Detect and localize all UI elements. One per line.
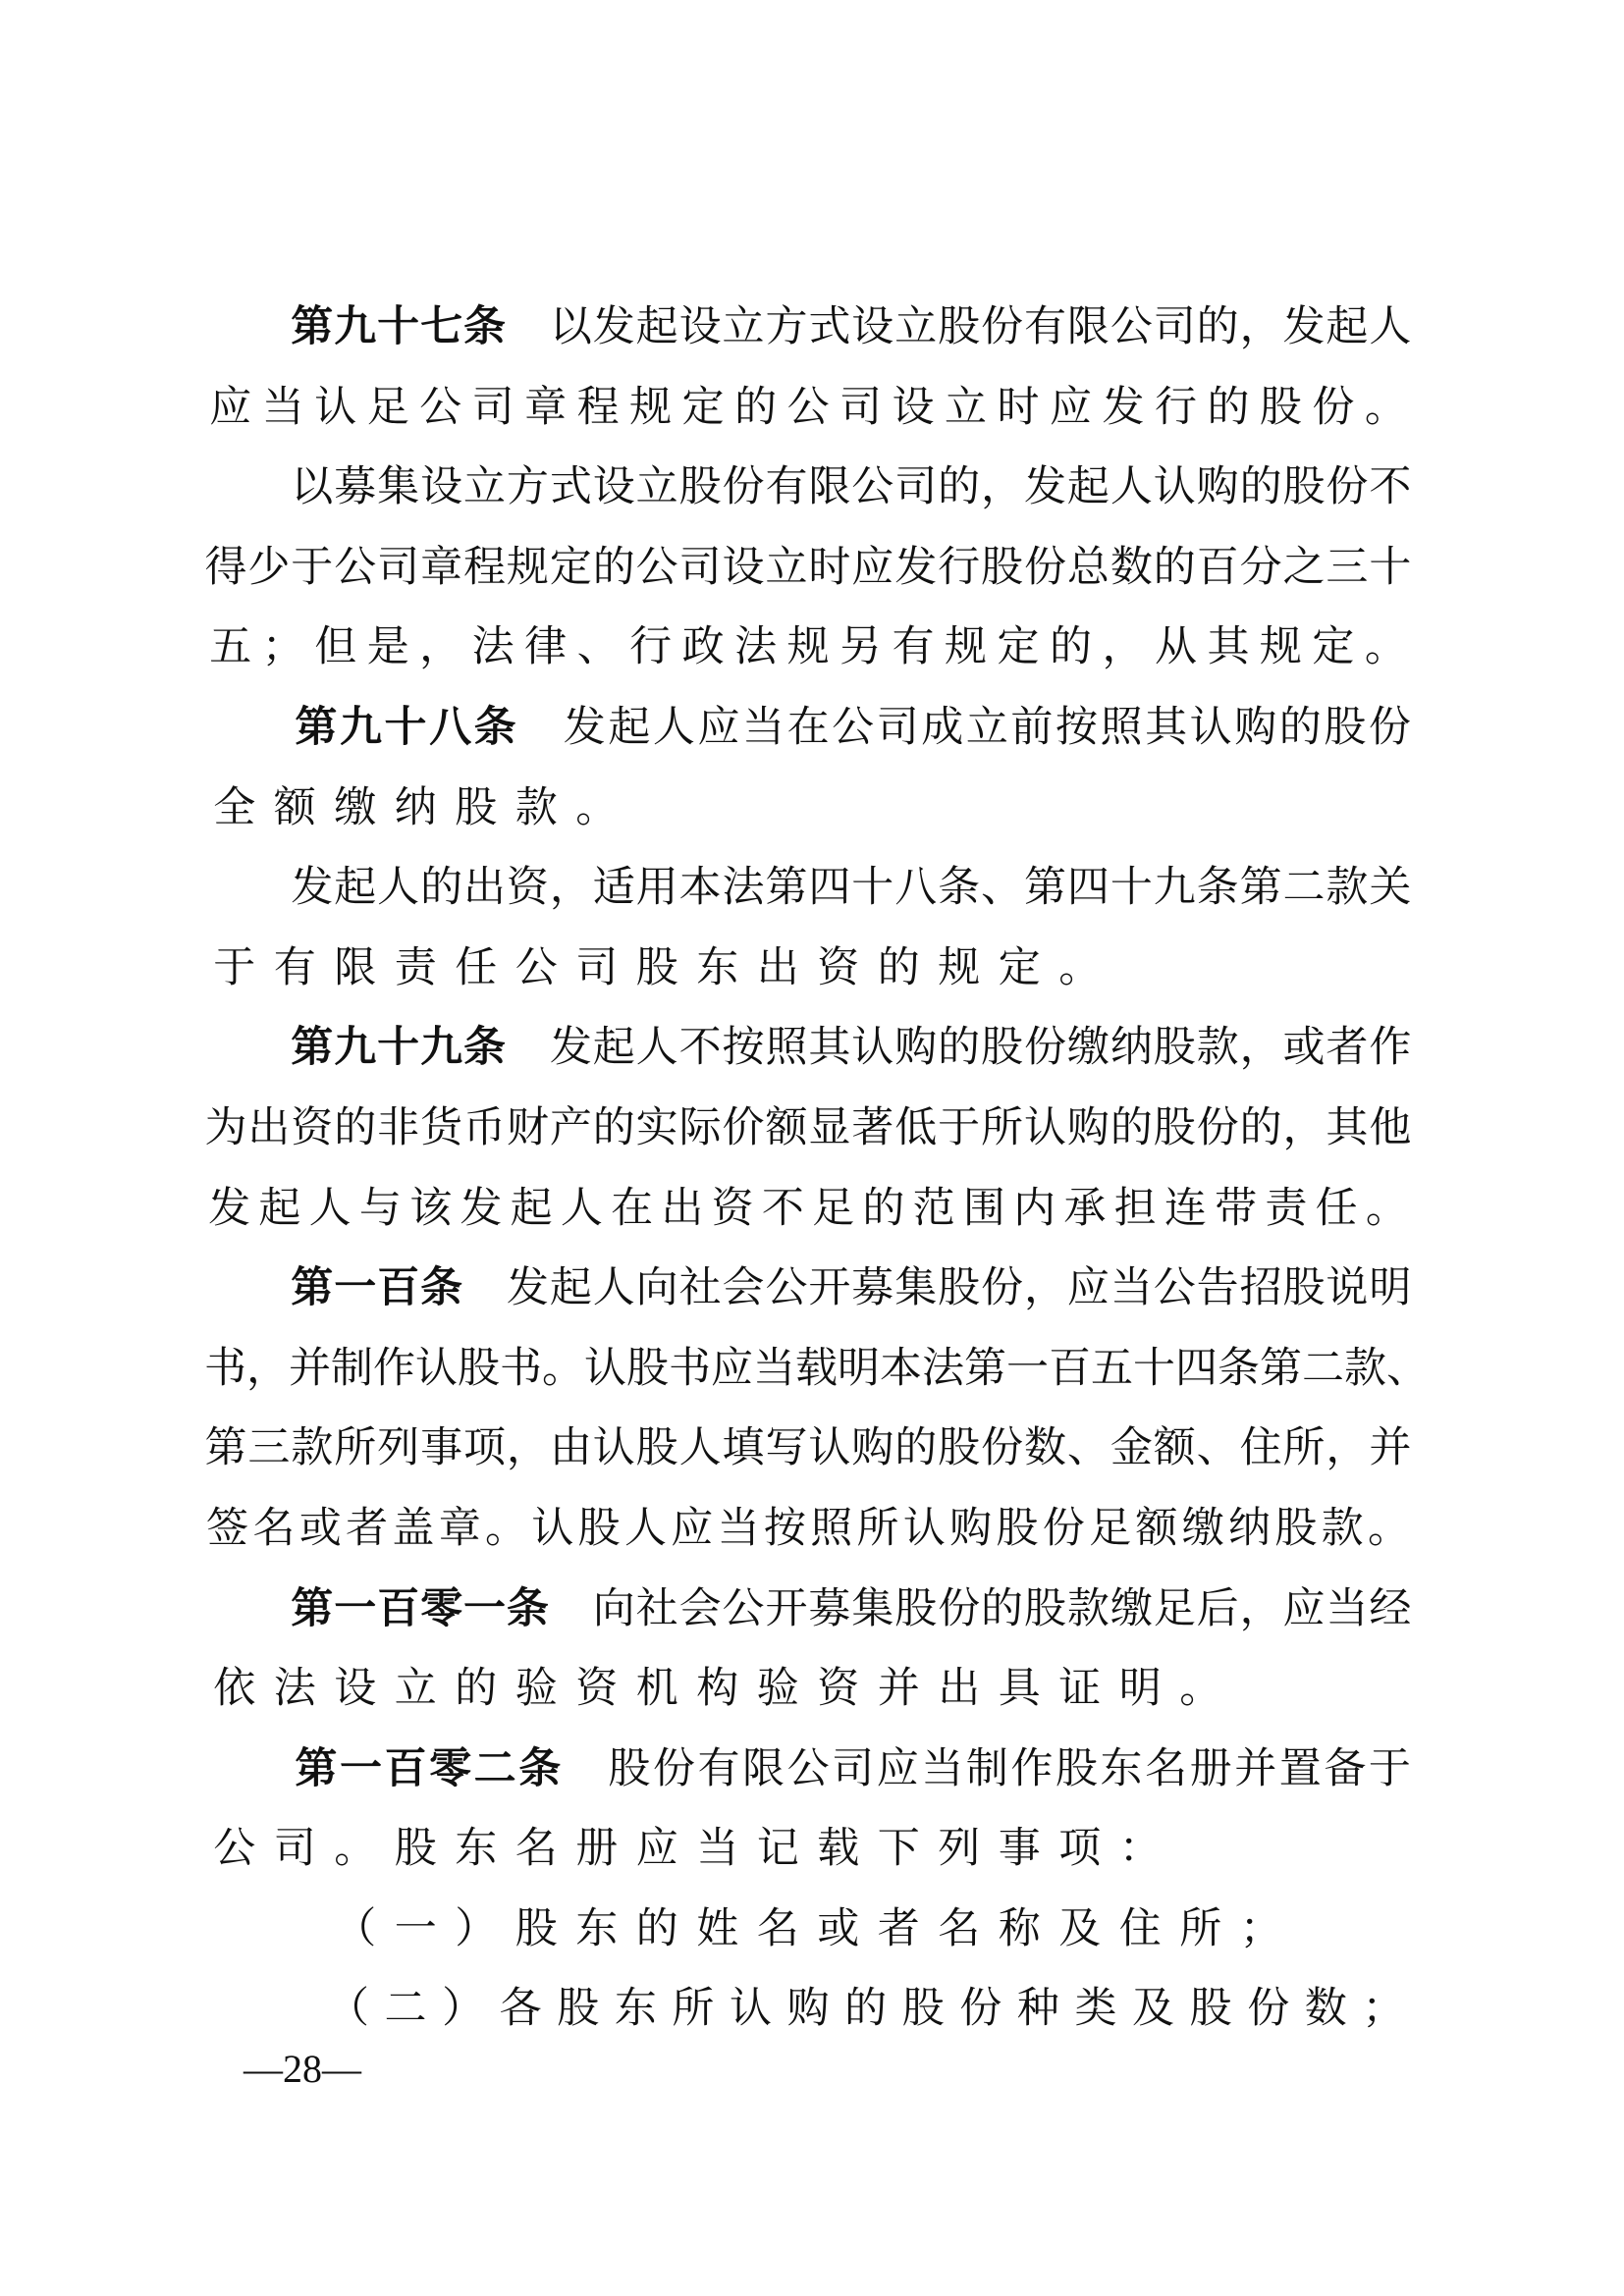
article-paragraph: 第九十八条 发起人应当在公司成立前按照其认购的股份全额缴纳股款。: [204, 688, 1412, 848]
text-line: 得少于公司章程规定的公司设立时应发行股份总数的百分之三十: [204, 528, 1412, 609]
text-line: 签名或者盖章。认股人应当按照所认购股份足额缴纳股款。: [204, 1489, 1412, 1570]
text-line: 依法设立的验资机构验资并出具证明。: [204, 1649, 1412, 1730]
text-line: 以募集设立方式设立股份有限公司的，发起人认购的股份不: [204, 448, 1412, 528]
text-line: 第三款所列事项，由认股人填写认购的股份数、金额、住所，并: [204, 1409, 1412, 1489]
article-paragraph: 第九十七条 以发起设立方式设立股份有限公司的，发起人应当认足公司章程规定的公司设…: [204, 288, 1412, 448]
text-line: 为出资的非货币财产的实际价额显著低于所认购的股份的，其他: [204, 1089, 1412, 1169]
article-paragraph: 第九十九条 发起人不按照其认购的股份缴纳股款，或者作为出资的非货币财产的实际价额…: [204, 1008, 1412, 1249]
text-line: 五；但是，法律、行政法规另有规定的，从其规定。: [204, 608, 1412, 688]
body-paragraph: 发起人的出资，适用本法第四十八条、第四十九条第二款关于有限责任公司股东出资的规定…: [204, 848, 1412, 1008]
body-paragraph: （一）股东的姓名或者名称及住所；: [204, 1890, 1412, 1970]
document-page: 第九十七条 以发起设立方式设立股份有限公司的，发起人应当认足公司章程规定的公司设…: [204, 288, 1412, 2050]
text-line: （一）股东的姓名或者名称及住所；: [204, 1890, 1412, 1970]
text-line: 第一百零二条 股份有限公司应当制作股东名册并置备于: [204, 1730, 1412, 1810]
text-line: 第一百零一条 向社会公开募集股份的股款缴足后，应当经: [204, 1570, 1412, 1650]
page-number: —28—: [244, 2046, 361, 2092]
text-line: 第九十九条 发起人不按照其认购的股份缴纳股款，或者作: [204, 1008, 1412, 1089]
body-paragraph: （二）各股东所认购的股份种类及股份数；: [204, 1969, 1412, 2050]
text-line: 第九十七条 以发起设立方式设立股份有限公司的，发起人: [204, 288, 1412, 368]
text-line: 第九十八条 发起人应当在公司成立前按照其认购的股份: [204, 688, 1412, 769]
text-line: 第一百条 发起人向社会公开募集股份，应当公告招股说明: [204, 1249, 1412, 1329]
body-paragraph: 以募集设立方式设立股份有限公司的，发起人认购的股份不得少于公司章程规定的公司设立…: [204, 448, 1412, 688]
text-line: 全额缴纳股款。: [204, 769, 1412, 849]
article-paragraph: 第一百条 发起人向社会公开募集股份，应当公告招股说明书，并制作认股书。认股书应当…: [204, 1249, 1412, 1569]
text-line: 发起人的出资，适用本法第四十八条、第四十九条第二款关: [204, 848, 1412, 929]
article-paragraph: 第一百零一条 向社会公开募集股份的股款缴足后，应当经依法设立的验资机构验资并出具…: [204, 1570, 1412, 1730]
text-line: 公司。股东名册应当记载下列事项：: [204, 1809, 1412, 1890]
text-line: （二）各股东所认购的股份种类及股份数；: [204, 1969, 1412, 2050]
article-paragraph: 第一百零二条 股份有限公司应当制作股东名册并置备于公司。股东名册应当记载下列事项…: [204, 1730, 1412, 1890]
text-line: 书，并制作认股书。认股书应当载明本法第一百五十四条第二款、: [204, 1329, 1412, 1410]
text-line: 应当认足公司章程规定的公司设立时应发行的股份。: [204, 368, 1412, 449]
text-line: 于有限责任公司股东出资的规定。: [204, 929, 1412, 1009]
text-line: 发起人与该发起人在出资不足的范围内承担连带责任。: [204, 1169, 1412, 1250]
